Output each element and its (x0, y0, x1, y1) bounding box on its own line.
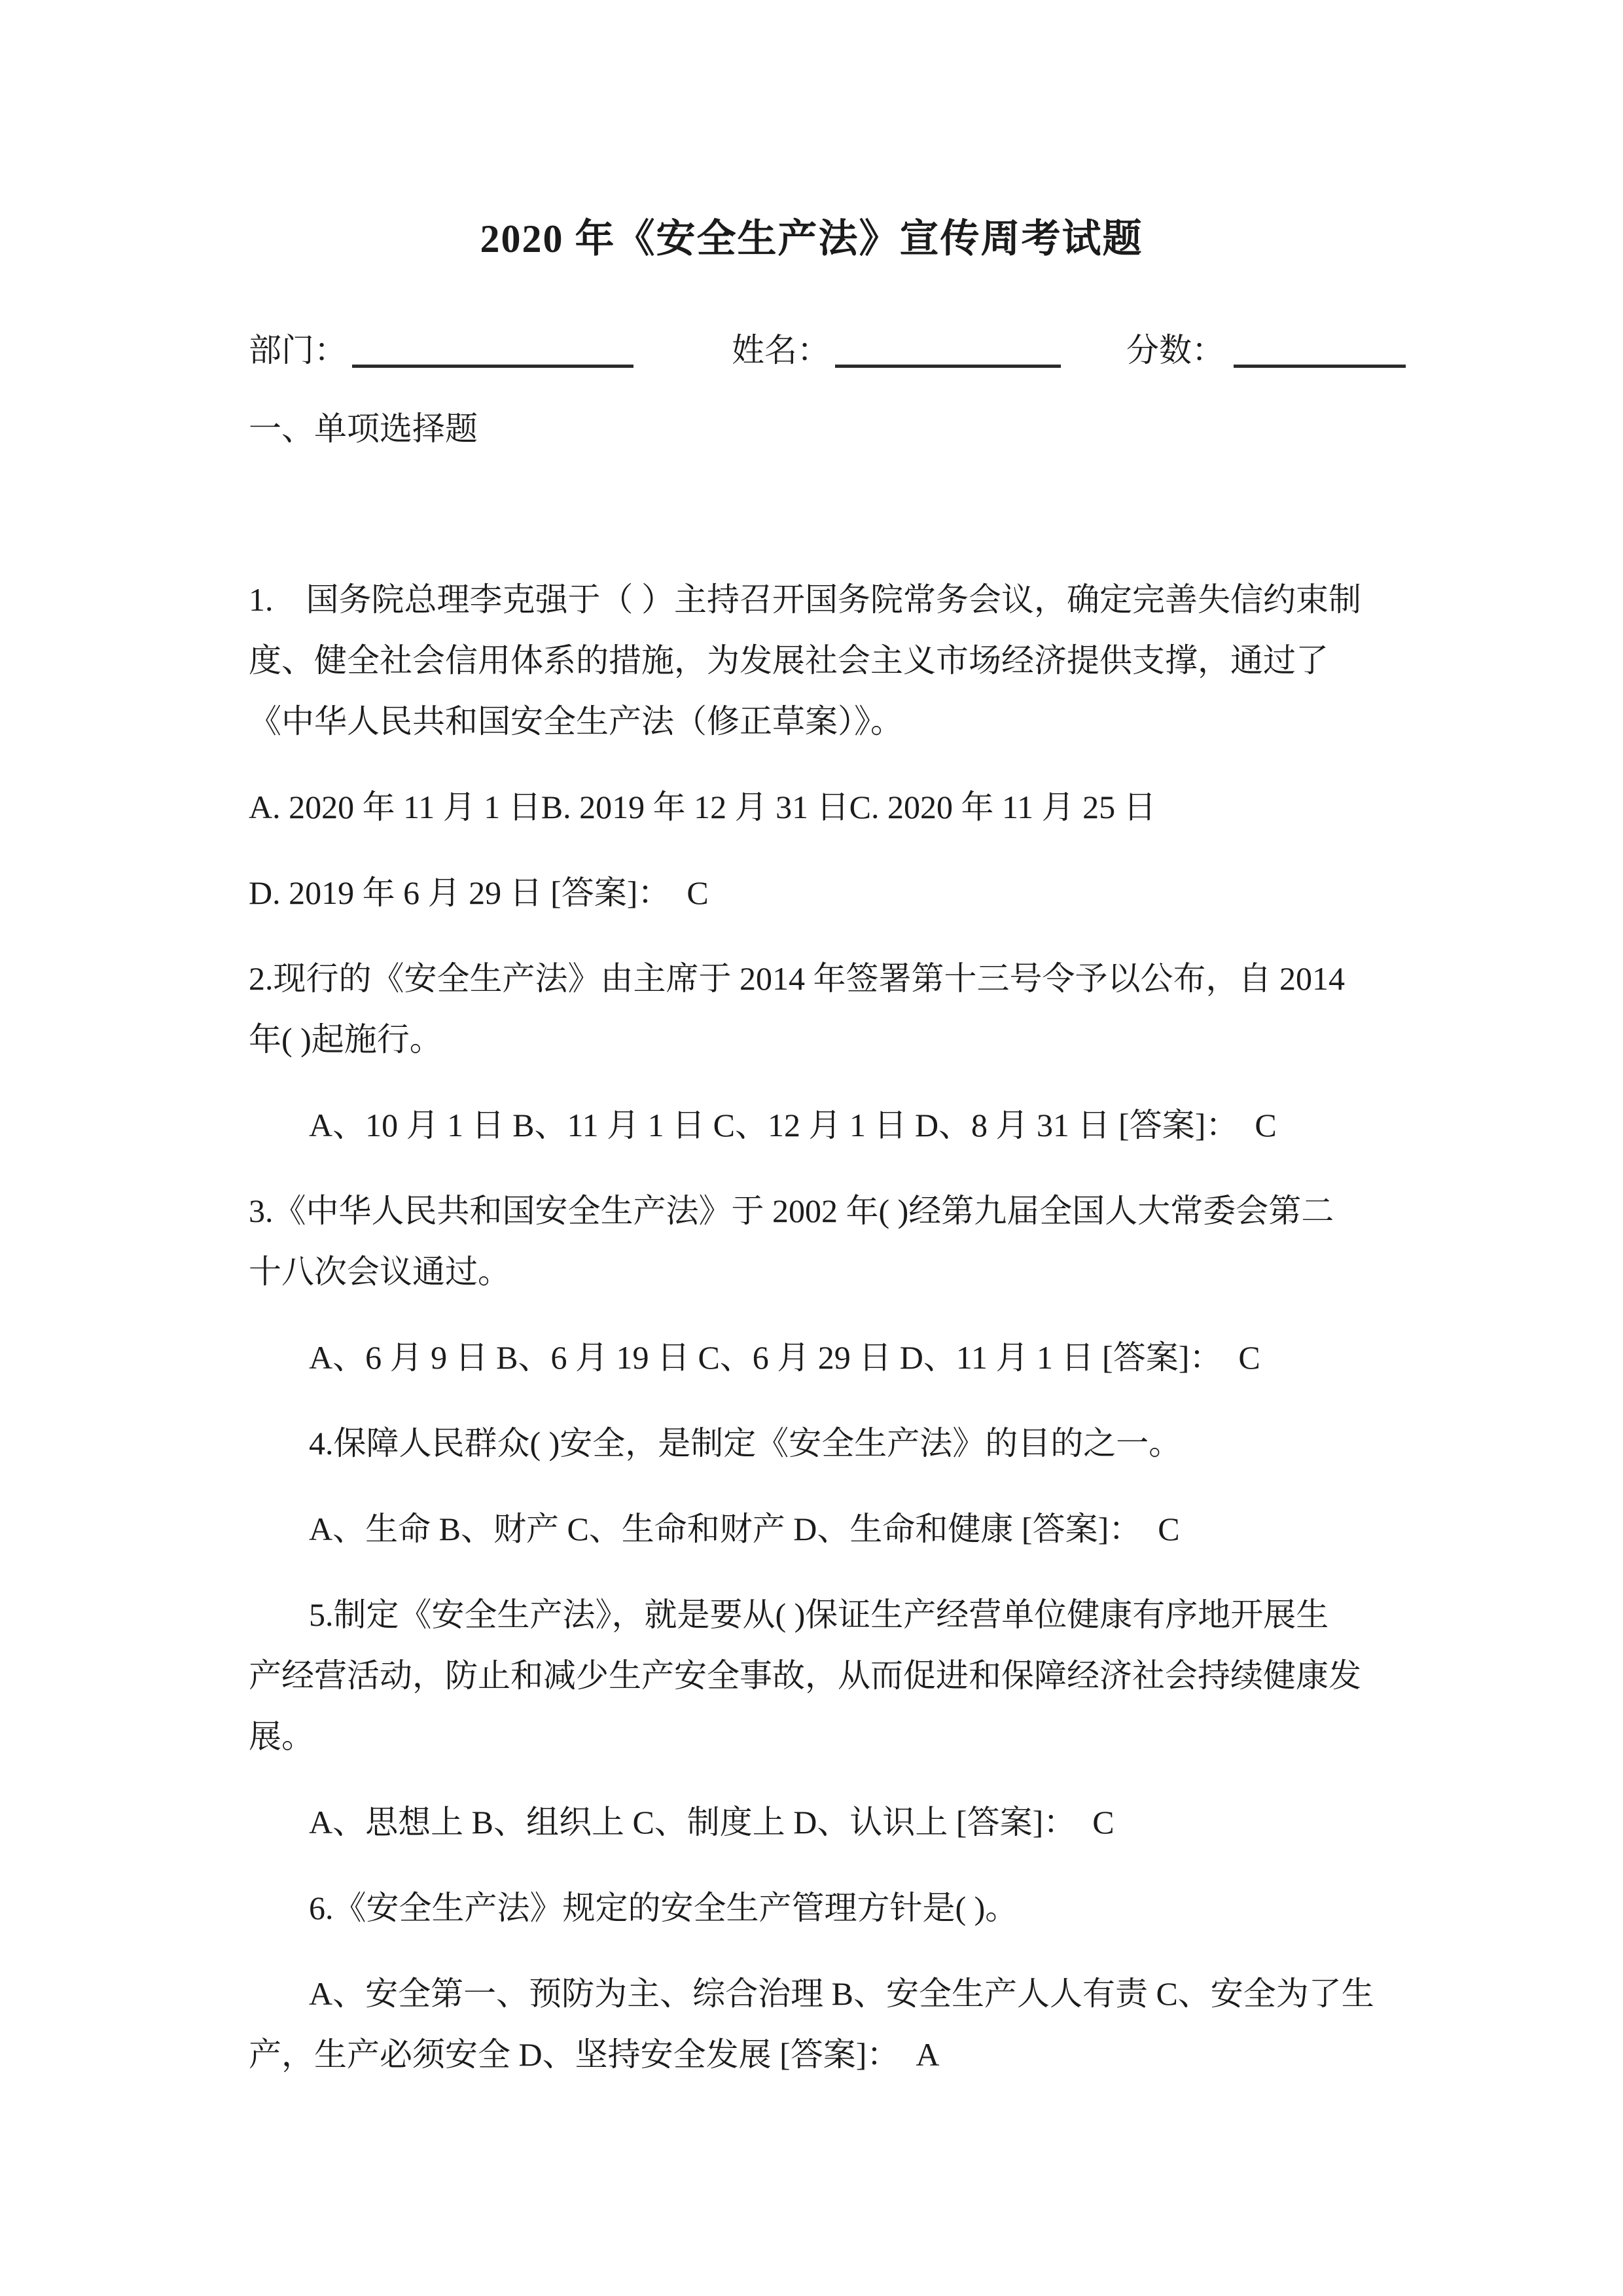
text-line: 6.《安全生产法》规定的安全生产管理方针是( )。 (249, 1878, 1374, 1939)
text-line: A、安全第一、预防为主、综合治理 B、安全生产人人有责 C、安全为了生 (249, 1964, 1374, 2024)
text-line: 1. 国务院总理李克强于（ ）主持召开国务院常务会议，确定完善失信约束制 (249, 569, 1374, 630)
text-line: 2.现行的《安全生产法》由主席于 2014 年签署第十三号令予以公布，自 201… (249, 948, 1374, 1009)
question-2: 2.现行的《安全生产法》由主席于 2014 年签署第十三号令予以公布，自 201… (249, 948, 1374, 1070)
text-line: A、生命 B、财产 C、生命和财产 D、生命和健康 [答案]： C (249, 1499, 1374, 1560)
question-6: 6.《安全生产法》规定的安全生产管理方针是( )。 (249, 1878, 1374, 1939)
text-line: 年( )起施行。 (249, 1009, 1374, 1070)
question-1-option-d-and-answer: D. 2019 年 6 月 29 日 [答案]： C (249, 863, 1374, 924)
text-line: 产，生产必须安全 D、坚持安全发展 [答案]： A (249, 2024, 1374, 2085)
dept-blank-line (352, 364, 633, 368)
text-line: 《中华人民共和国安全生产法（修正草案）》。 (249, 691, 1374, 752)
text-line: 3.《中华人民共和国安全生产法》于 2002 年( )经第九届全国人大常委会第二 (249, 1181, 1374, 1242)
question-4-options: A、生命 B、财产 C、生命和财产 D、生命和健康 [答案]： C (249, 1499, 1374, 1560)
section-heading: 一、单项选择题 (249, 399, 1374, 459)
text-line: 度、健全社会信用体系的措施，为发展社会主义市场经济提供支撑，通过了 (249, 630, 1374, 691)
text-line: 4.保障人民群众( )安全，是制定《安全生产法》的目的之一。 (249, 1413, 1374, 1474)
text-line: A. 2020 年 11 月 1 日B. 2019 年 12 月 31 日C. … (249, 777, 1374, 838)
question-3-options: A、6 月 9 日 B、6 月 19 日 C、6 月 29 日 D、11 月 1… (249, 1327, 1374, 1388)
text-line: 展。 (249, 1706, 1374, 1767)
question-5: 5.制定《安全生产法》，就是要从( )保证生产经营单位健康有序地开展生产经营活动… (249, 1585, 1374, 1767)
score-blank-line (1234, 364, 1406, 368)
question-5-options: A、思想上 B、组织上 C、制度上 D、认识上 [答案]： C (249, 1792, 1374, 1853)
question-6-options: A、安全第一、预防为主、综合治理 B、安全生产人人有责 C、安全为了生产，生产必… (249, 1964, 1374, 2085)
text-line: A、6 月 9 日 B、6 月 19 日 C、6 月 29 日 D、11 月 1… (249, 1327, 1374, 1388)
question-2-options: A、10 月 1 日 B、11 月 1 日 C、12 月 1 日 D、8 月 3… (249, 1095, 1374, 1156)
text-line: 产经营活动，防止和减少生产安全事故，从而促进和保障经济社会持续健康发 (249, 1645, 1374, 1706)
text-line: A、10 月 1 日 B、11 月 1 日 C、12 月 1 日 D、8 月 3… (249, 1095, 1374, 1156)
questions-container: 1. 国务院总理李克强于（ ）主持召开国务院常务会议，确定完善失信约束制度、健全… (249, 569, 1374, 2085)
name-blank-line (835, 364, 1061, 368)
text-line: D. 2019 年 6 月 29 日 [答案]： C (249, 863, 1374, 924)
question-4: 4.保障人民群众( )安全，是制定《安全生产法》的目的之一。 (249, 1413, 1374, 1474)
question-3: 3.《中华人民共和国安全生产法》于 2002 年( )经第九届全国人大常委会第二… (249, 1181, 1374, 1302)
text-line: 5.制定《安全生产法》，就是要从( )保证生产经营单位健康有序地开展生 (249, 1585, 1374, 1645)
dept-label: 部门： (249, 332, 347, 368)
question-1: 1. 国务院总理李克强于（ ）主持召开国务院常务会议，确定完善失信约束制度、健全… (249, 569, 1374, 752)
document-title: 2020 年《安全生产法》宣传周考试题 (249, 208, 1374, 270)
question-1-options-abc: A. 2020 年 11 月 1 日B. 2019 年 12 月 31 日C. … (249, 777, 1374, 838)
text-line: A、思想上 B、组织上 C、制度上 D、认识上 [答案]： C (249, 1792, 1374, 1853)
document-page: 2020 年《安全生产法》宣传周考试题 部门：姓名：分数： 一、单项选择题 1.… (0, 0, 1623, 2296)
score-label: 分数： (1126, 332, 1224, 368)
header-form: 部门：姓名：分数： (249, 320, 1374, 381)
text-line: 十八次会议通过。 (249, 1242, 1374, 1302)
name-label: 姓名： (732, 332, 830, 368)
